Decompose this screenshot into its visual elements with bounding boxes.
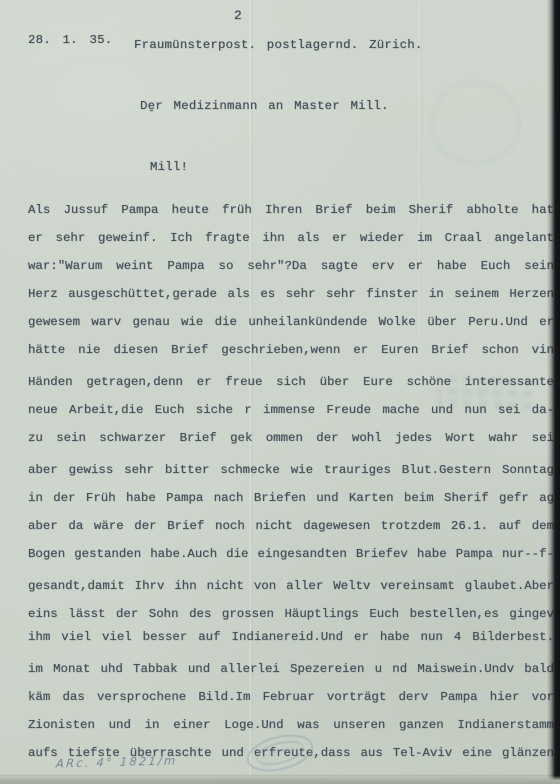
letter-line: käm das versprochene Bild.Im Februar vor… — [28, 690, 554, 706]
letter-line: neue Arbeit,die Euch siche r immense Fre… — [28, 403, 554, 419]
letter-line: im Monat uhd Tabbak und allerlei Spezere… — [28, 662, 554, 678]
letter-line: zu sein schwarzer Brief gek ommen der wo… — [28, 431, 554, 447]
scan-edge-bottom — [0, 776, 560, 784]
letter-line: Händen getragen,denn er freue sich über … — [28, 375, 554, 391]
title-line: De̱r Medizinmann an Master Mill. — [140, 99, 389, 113]
page-number: 2 — [234, 8, 242, 23]
letter-line: Als Jussuf Pampa heute früh Ihren Brief … — [28, 203, 554, 219]
letter-line: Herz ausgeschüttet,gerade als es sehr se… — [28, 287, 554, 303]
address-line: Fraumünsterpost. postlagernd. Zürich. — [134, 38, 423, 52]
letter-body: Als Jussuf Pampa heute früh Ihren Brief … — [28, 190, 554, 761]
shelfmark-annotation: ARc. 4° 1821/m — [55, 753, 177, 770]
letter-line: gewesem warv genau wie die unheilankünde… — [28, 315, 554, 331]
letter-line: gesandt,damit Ihrv ihn nicht von aller W… — [28, 579, 554, 595]
letter-line: Zionisten und in einer Loge.Und was unse… — [28, 718, 554, 734]
ink-bleedthrough-circle — [430, 82, 520, 164]
letter-line: in der Früh habe Pampa nach Briefen und … — [28, 491, 554, 507]
letter-line: ihm viel viel besser auf Indianereid.Und… — [28, 630, 554, 646]
salutation: Mill! — [150, 160, 188, 174]
letter-line: eins lässt der Sohn des grossen Häuptlin… — [28, 607, 554, 623]
letter-line: er sehr geweinf. Ich fragte ihn als er w… — [28, 231, 554, 247]
letter-line: hätte nie diesen Brief geschrieben,wenn … — [28, 343, 554, 359]
letter-line: Bogen gestanden habe.Auch die eingesandt… — [28, 547, 554, 563]
date-line: 28. 1. 35. — [28, 33, 112, 47]
letter-line: aber da wäre der Brief noch nicht dagewe… — [28, 519, 554, 535]
letter-line: war:"Warum weint Pampa so sehr"?Da sagte… — [28, 259, 554, 275]
letter-line: aber gewiss sehr bitter schmecke wie tra… — [28, 463, 554, 479]
letter-page: 2 28. 1. 35. Fraumünsterpost. postlagern… — [0, 0, 560, 784]
